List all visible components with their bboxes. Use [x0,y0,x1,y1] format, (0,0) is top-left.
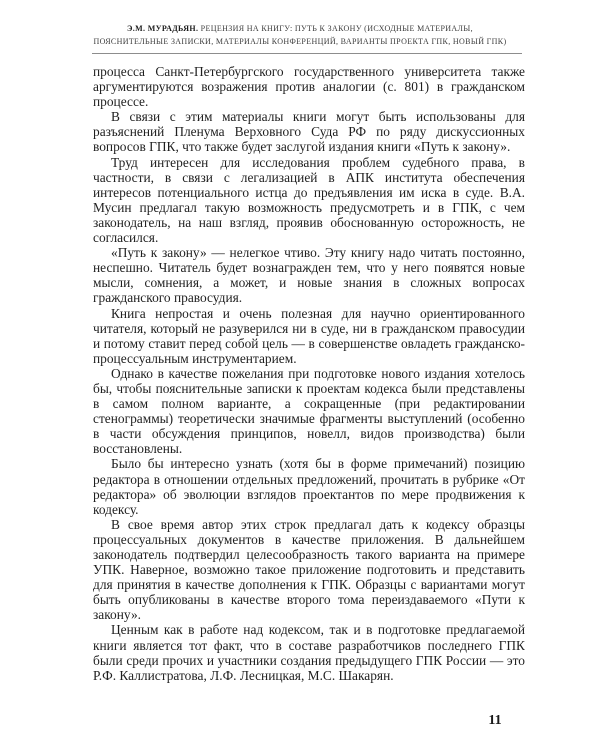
paragraph: «Путь к закону» — нелегкое чтиво. Эту кн… [93,245,525,305]
running-header-author: Э.М. МУРАДЬЯН. [127,24,198,33]
scanned-book-page: Э.М. МУРАДЬЯН. РЕЦЕНЗИЯ НА КНИГУ: ПУТЬ К… [0,0,600,750]
paragraph: Труд интересен для исследования проблем … [93,155,525,246]
page-number: 11 [470,713,520,729]
paragraph: процесса Санкт-Петербургского государств… [93,64,525,109]
paragraph: Книга непростая и очень полезная для нау… [93,306,525,366]
running-header-line2: ПОЯСНИТЕЛЬНЫЕ ЗАПИСКИ, МАТЕРИАЛЫ КОНФЕРЕ… [40,36,560,49]
paragraph: В свое время автор этих строк предлагал … [93,517,525,623]
paragraph: Ценным как в работе над кодексом, так и … [93,622,525,682]
running-header-title: РЕЦЕНЗИЯ НА КНИГУ: ПУТЬ К ЗАКОНУ (ИСХОДН… [198,24,473,33]
paragraph: Было бы интересно узнать (хотя бы в форм… [93,456,525,516]
body-text-column: процесса Санкт-Петербургского государств… [93,64,525,683]
header-rule-divider [92,53,522,54]
running-header-line1: Э.М. МУРАДЬЯН. РЕЦЕНЗИЯ НА КНИГУ: ПУТЬ К… [40,23,560,36]
paragraph: Однако в качестве пожелания при подготов… [93,366,525,457]
running-header: Э.М. МУРАДЬЯН. РЕЦЕНЗИЯ НА КНИГУ: ПУТЬ К… [40,23,560,48]
paragraph: В связи с этим материалы книги могут быт… [93,109,525,154]
